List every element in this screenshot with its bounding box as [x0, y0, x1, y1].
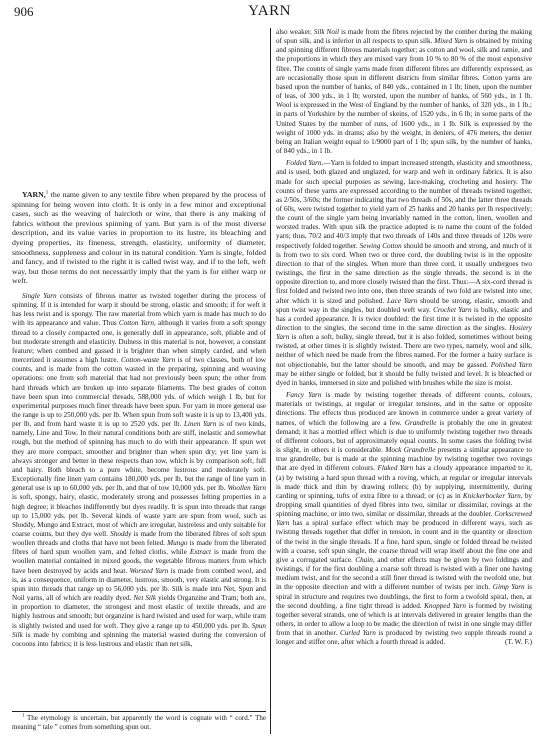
column-divider: [270, 28, 271, 734]
italic-term: Gimp Yarn: [493, 583, 525, 591]
running-title: YARN: [0, 3, 539, 20]
italic-term: Worsted Yarn: [129, 567, 168, 575]
italic-term: Single Yarn: [22, 292, 57, 300]
italic-term: Cotton Yarn,: [119, 319, 156, 327]
footnote-text: The etymology is uncertain, but apparent…: [12, 714, 266, 731]
paragraph-fancy-yarn: Fancy Yarn is made by twisting together …: [276, 391, 532, 647]
italic-term: Shoddy: [110, 530, 131, 538]
italic-term: Knickerbocker Yarn,: [463, 492, 523, 500]
author-signature: (T. W. F.): [495, 638, 532, 647]
italic-term: Sewing Cotton: [360, 242, 402, 250]
footnote-rule: [12, 711, 266, 712]
text-run: is obtained by mixing and spinning diffe…: [276, 37, 532, 155]
italic-term: Mixed Yarn: [434, 37, 467, 45]
italic-term: Linen Yarn: [184, 420, 216, 428]
italic-term: Folded Yarn.: [286, 159, 323, 167]
italic-term: Crochet Yarn: [433, 306, 472, 314]
text-run: should be smooth and strong, and much of…: [276, 242, 532, 305]
left-column: YARN,1 the name given to any textile fib…: [12, 190, 266, 652]
paragraph-continuation: also weaker. Silk Noil is made from the …: [276, 28, 532, 156]
text-run: may be either single or folded, but it s…: [276, 370, 532, 387]
italic-term: Silk Noil: [314, 28, 339, 36]
italic-term: Lace Yarn: [387, 297, 417, 305]
paragraph-single-yarn: Single Yarn consists of fibrous matter a…: [12, 292, 266, 649]
lead-text: the name given to any textile fibre when…: [12, 190, 266, 285]
text-run: is made by combing and spinning the mate…: [12, 631, 266, 648]
text-run: also weaker.: [276, 28, 314, 36]
italic-term: Knopped Yarn: [424, 602, 466, 610]
paragraph-folded-yarn: Folded Yarn.—Yarn is folded to impart in…: [276, 159, 532, 388]
text-run: —Yarn is folded to impart increased stre…: [276, 159, 532, 249]
italic-term: Silk: [172, 585, 183, 593]
text-run: is of two classes, both of low counts, a…: [12, 356, 266, 428]
italic-term: Mungo: [167, 539, 187, 547]
entry-lead-paragraph: YARN,1 the name given to any textile fib…: [12, 190, 266, 286]
italic-term: Grandrelle: [405, 419, 437, 427]
italic-term: Chain,: [355, 556, 374, 564]
right-column: also weaker. Silk Noil is made from the …: [276, 28, 532, 650]
text-run: is of two kinds, namely, Line and Tow. I…: [12, 420, 266, 492]
italic-term: Curled Yarn: [340, 629, 376, 637]
italic-term: Mock Grandrelle: [385, 446, 435, 454]
italic-term: Extract: [190, 548, 211, 556]
headword: YARN,: [22, 190, 46, 199]
italic-term: Net Silk: [133, 594, 156, 602]
italic-term: Flaked Yarn: [377, 464, 413, 472]
italic-term: Polished Yarn: [491, 361, 532, 369]
italic-term: Cotton-waste Yarn: [121, 356, 175, 364]
footnote: 1 The etymology is uncertain, but appare…: [12, 714, 266, 731]
italic-term: Woollen Yarn: [227, 484, 266, 492]
fancy-yarn-text: Fancy Yarn is made by twisting together …: [276, 391, 532, 646]
italic-term: Fancy Yarn: [286, 391, 321, 399]
